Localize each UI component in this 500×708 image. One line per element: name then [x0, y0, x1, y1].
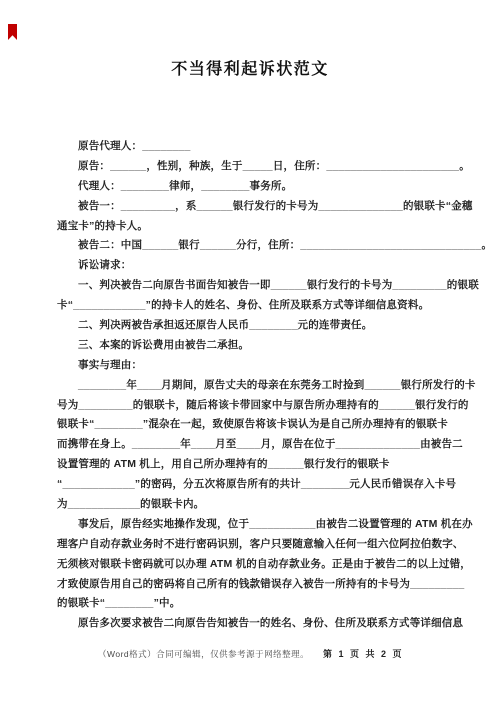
body-line: 原告代理人：________	[57, 137, 467, 157]
document-page: 不当得利起诉状范文 原告代理人：________原告：______，性别，种族，…	[0, 0, 500, 708]
body-line: 的银联卡“________”中。	[57, 594, 467, 614]
body-line: 号为_________的银联卡，随后将该卡带回家中与原告所办理持有的______…	[57, 396, 467, 416]
body-line: 被告一：_________，系______银行发行的卡号为___________…	[57, 197, 467, 217]
body-line: 原告多次要求被告二向原告告知被告一的姓名、身份、住所及联系方式等详细信息	[57, 614, 467, 634]
body-line: 无须核对银联卡密码就可以办理 ATM 机的自动存款业务。正是由于被告二的以上过错…	[57, 555, 467, 575]
body-line: 被告二：中国______银行______分行，住所：______________…	[57, 236, 467, 256]
body-line: 一、判决被告二向原告书面告知被告一即______银行发行的卡号为________…	[57, 276, 467, 296]
body-line: 才致使原告用自己的密码将自己所有的钱款错误存入被告一所持有的卡号为_______…	[57, 575, 467, 595]
body-line: 通宝卡”的持卡人。	[57, 217, 467, 237]
body-line: 三、本案的诉讼费用由被告二承担。	[57, 336, 467, 356]
body-line: 事发后，原告经实地操作发现，位于___________由被告二设置管理的 ATM…	[57, 515, 467, 535]
page-number: 第 1 页 共 2 页	[323, 647, 404, 660]
body-line: 而携带在身上。________年____月至____月，原告在位于_______…	[57, 435, 467, 455]
footer-note: （Word格式）合同可编辑，仅供参考源于网络整理。	[98, 648, 309, 660]
body-line: 为____________的银联卡内。	[57, 495, 467, 515]
bookmark-icon	[8, 24, 17, 40]
body-line: 卡“____________”的持卡人的姓名、身份、住所及联系方式等详细信息资料…	[57, 296, 467, 316]
page-title: 不当得利起诉状范文	[0, 56, 500, 79]
body-line: 事实与理由：	[57, 356, 467, 376]
body-line: 银联卡“________”混杂在一起，致使原告将该卡误认为是自己所办理持有的银联…	[57, 415, 467, 435]
body-line: 理客户自动存款业务时不进行密码识别，客户只要随意输入任何一组六位阿拉伯数字、	[57, 535, 467, 555]
body-line: 设置管理的 ATM 机上，用自己所办理持有的______银行发行的银联卡	[57, 455, 467, 475]
body-line: 诉讼请求：	[57, 256, 467, 276]
body-line: 代理人：________律师，________事务所。	[57, 177, 467, 197]
body-line: 二、判决两被告承担返还原告人民币________元的连带责任。	[57, 316, 467, 336]
body-line: ________年____月期间，原告丈夫的母亲在东莞务工时捡到______银行…	[57, 376, 467, 396]
body-line: 原告：______，性别，种族，生于_____日，住所：____________…	[57, 157, 467, 177]
body-line: “____________”的密码，分五次将原告所有的共计________元人民…	[57, 475, 467, 495]
document-body: 原告代理人：________原告：______，性别，种族，生于_____日，住…	[57, 137, 467, 634]
